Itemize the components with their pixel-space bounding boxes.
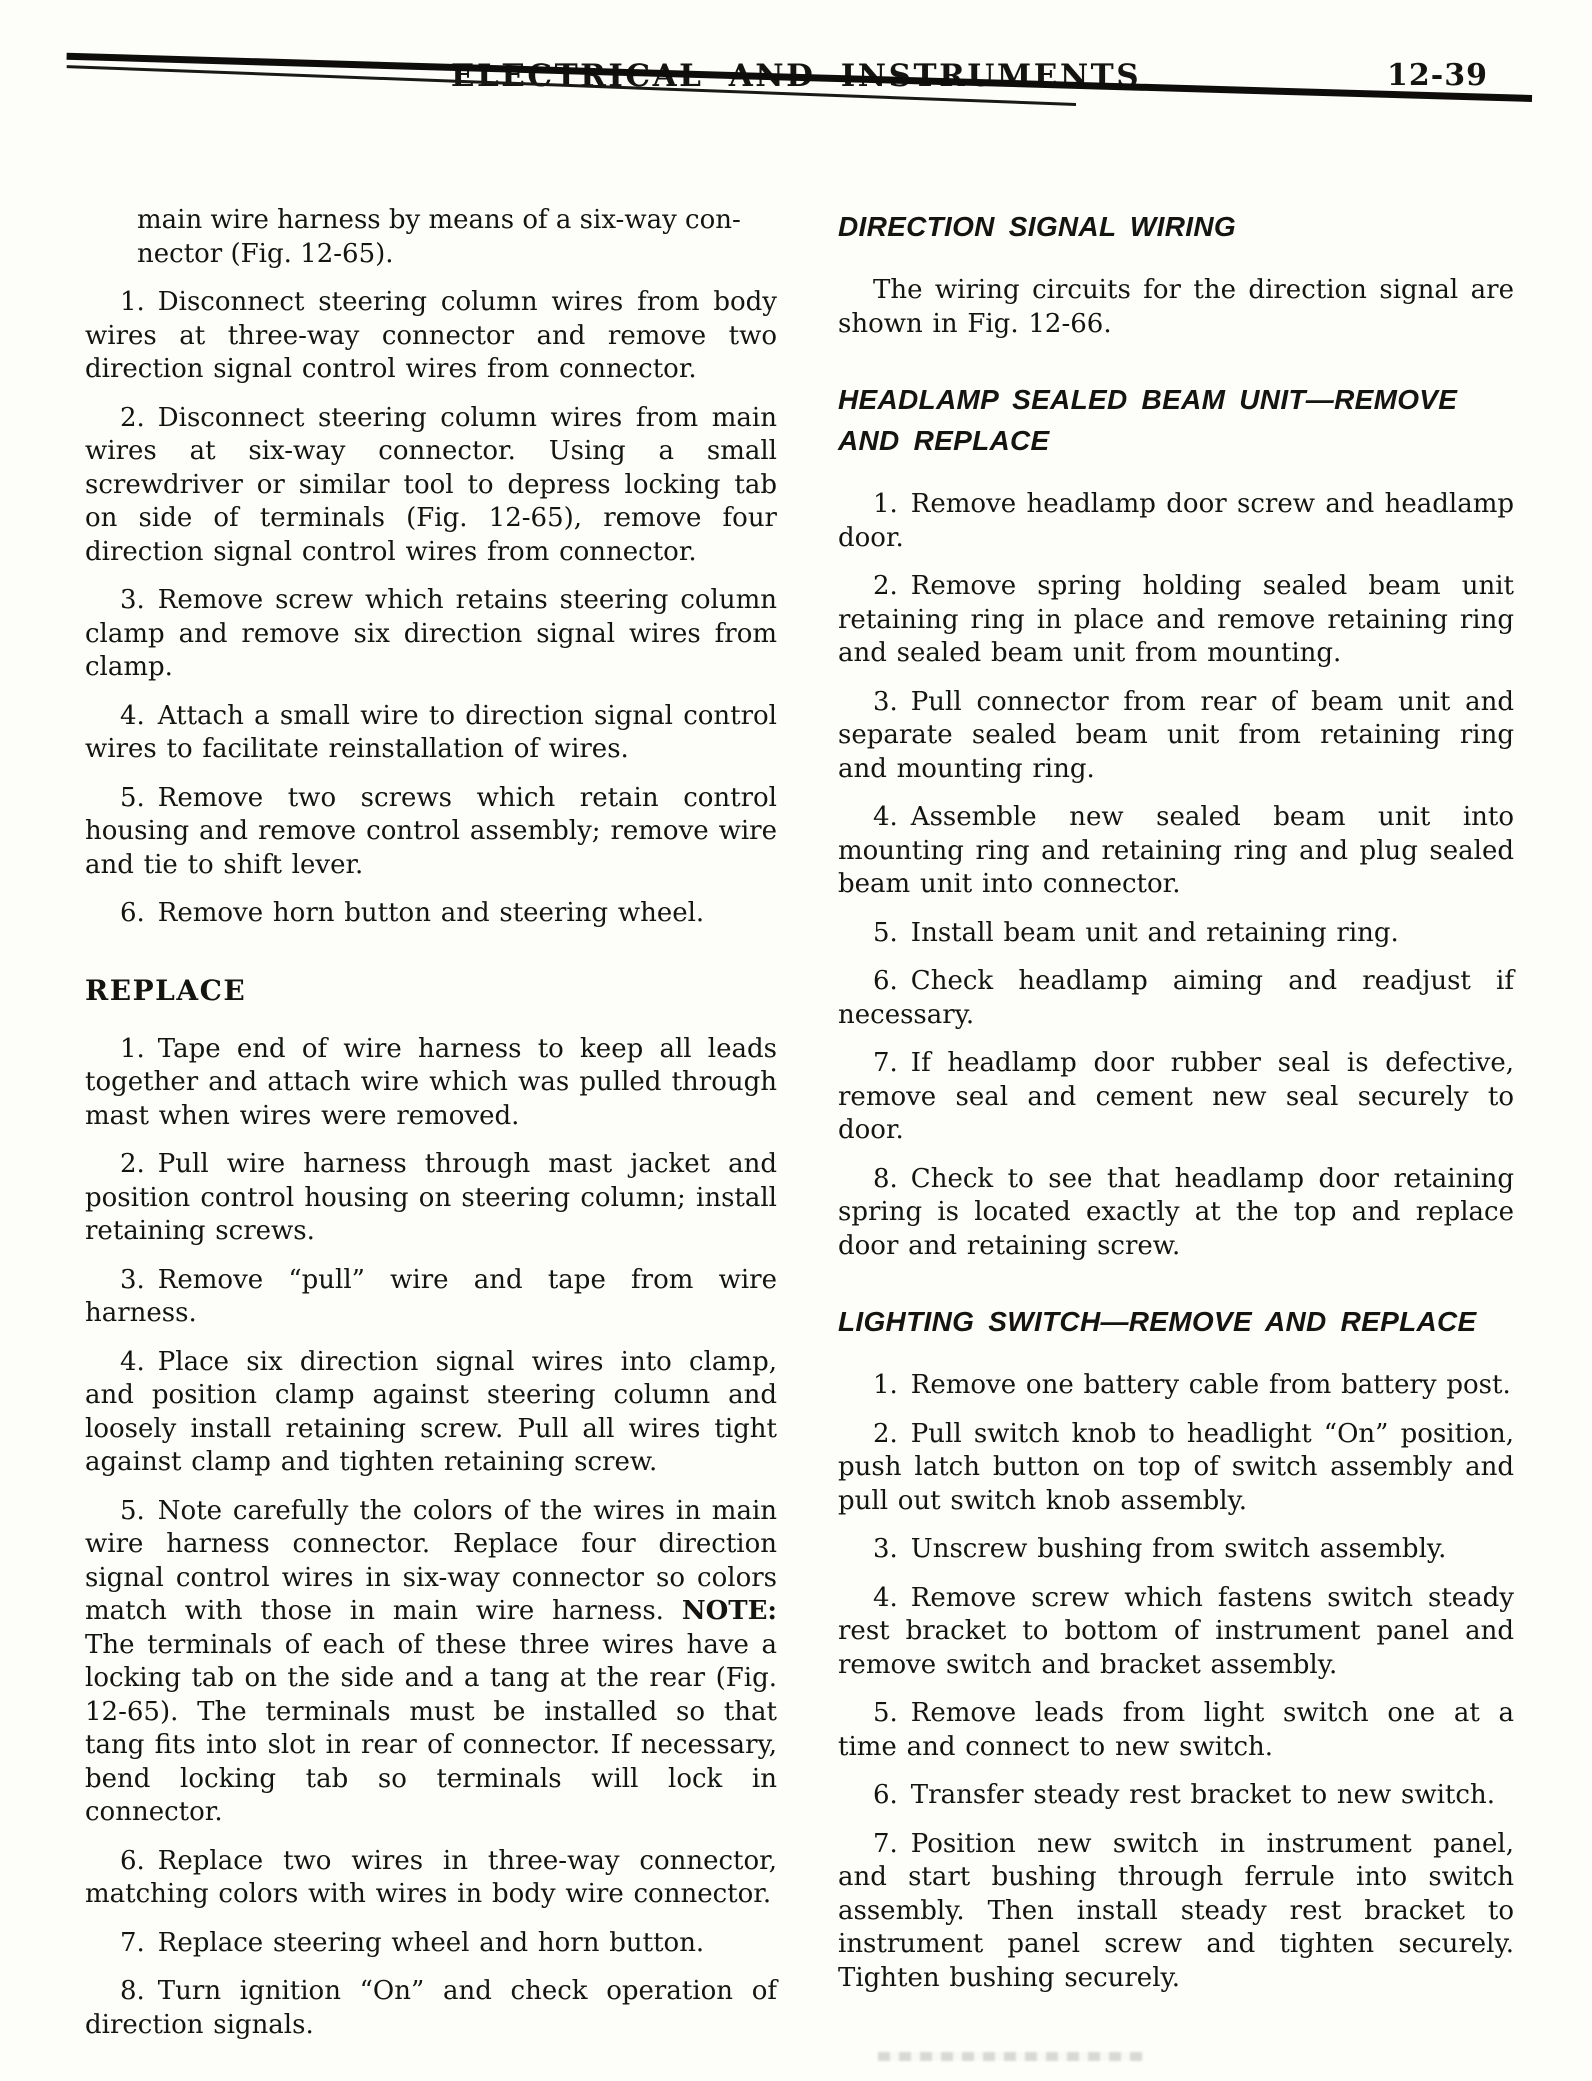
list-item: 6. Transfer steady rest bracket to new s…	[838, 1779, 1514, 1813]
list-item: 2. Pull switch knob to headlight “On” po…	[838, 1418, 1514, 1519]
list-item: 7. Replace steering wheel and horn butto…	[85, 1927, 777, 1961]
list-item: 2. Disconnect steering column wires from…	[85, 402, 777, 570]
list-item: 4. Place six direction signal wires into…	[85, 1346, 777, 1480]
list-item: 1. Remove headlamp door screw and headla…	[838, 488, 1514, 555]
scan-artifact	[878, 2052, 1144, 2061]
list-item: 7. If headlamp door rubber seal is defec…	[838, 1047, 1514, 1148]
list-item: 8. Check to see that headlamp door retai…	[838, 1163, 1514, 1264]
list-item: 5. Note carefully the colors of the wire…	[85, 1495, 777, 1830]
section-heading: REPLACE	[85, 973, 777, 1009]
list-item: 6. Remove horn button and steering wheel…	[85, 897, 777, 931]
list-item: 5. Install beam unit and retaining ring.	[838, 917, 1514, 951]
list-item: 8. Turn ignition “On” and check operatio…	[85, 1975, 777, 2042]
list-item: 6. Check headlamp aiming and readjust if…	[838, 965, 1514, 1032]
list-item: 3. Pull connector from rear of beam unit…	[838, 686, 1514, 787]
list-item: 4. Assemble new sealed beam unit into mo…	[838, 801, 1514, 902]
list-item: 1. Disconnect steering column wires from…	[85, 286, 777, 387]
list-item: 3. Remove “pull” wire and tape from wire…	[85, 1264, 777, 1331]
list-item: 6. Replace two wires in three-way connec…	[85, 1845, 777, 1912]
list-item: 1. Remove one battery cable from battery…	[838, 1369, 1514, 1403]
list-item: 1. Tape end of wire harness to keep all …	[85, 1033, 777, 1134]
list-item: 3. Unscrew bushing from switch assembly.	[838, 1533, 1514, 1567]
list-item: 7. Position new switch in instrument pan…	[838, 1828, 1514, 1996]
section-heading: HEADLAMP SEALED BEAM UNIT—REMOVE AND REP…	[838, 379, 1514, 461]
list-item: 4. Attach a small wire to direction sign…	[85, 700, 777, 767]
left-column: main wire harness by means of a six-way …	[85, 204, 777, 2057]
list-item: 5. Remove two screws which retain contro…	[85, 782, 777, 883]
list-item: 2. Pull wire harness through mast jacket…	[85, 1148, 777, 1249]
page-number: 12-39	[1387, 58, 1488, 93]
section-heading: LIGHTING SWITCH—REMOVE AND REPLACE	[838, 1301, 1514, 1342]
right-column: DIRECTION SIGNAL WIRINGThe wiring circui…	[838, 204, 1514, 2010]
list-item: 3. Remove screw which retains steering c…	[85, 584, 777, 685]
section-heading: DIRECTION SIGNAL WIRING	[838, 206, 1514, 247]
paragraph: The wiring circuits for the direction si…	[838, 274, 1514, 341]
list-item: 5. Remove leads from light switch one at…	[838, 1697, 1514, 1764]
paragraph-continuation: main wire harness by means of a six-way …	[137, 204, 777, 271]
list-item: 2. Remove spring holding sealed beam uni…	[838, 570, 1514, 671]
list-item: 4. Remove screw which fastens switch ste…	[838, 1582, 1514, 1683]
manual-page: ELECTRICAL AND INSTRUMENTS 12-39 main wi…	[0, 0, 1592, 2081]
